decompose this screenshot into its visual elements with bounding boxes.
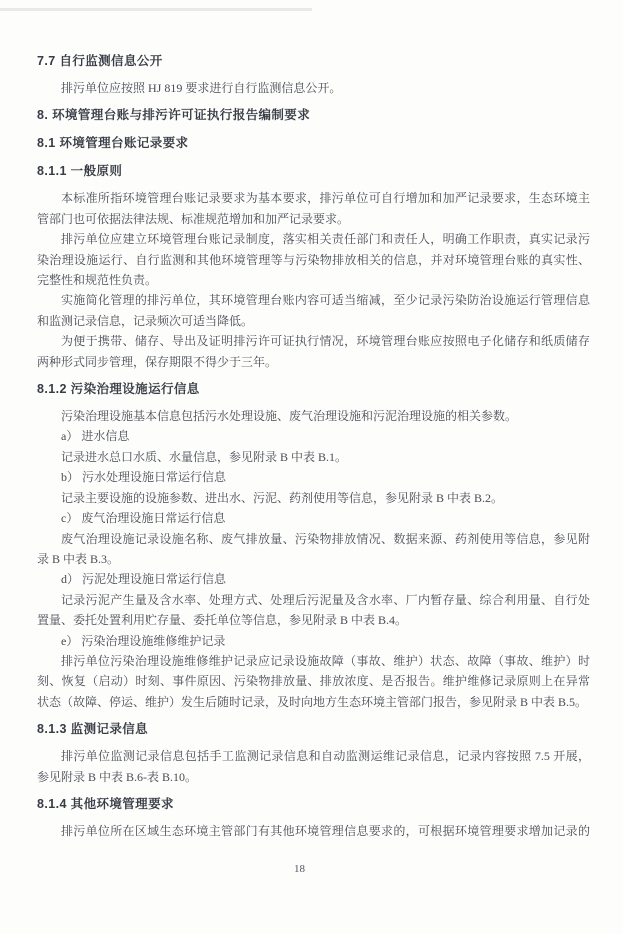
text-line: 排污单位监测记录信息包括手工监测记录信息和自动监测运维记录信息，记录内容按照 7…	[37, 746, 590, 766]
heading-8-1-1: 8.1.1 一般原则	[37, 161, 590, 182]
text-line: 排污单位应建立环境管理台账记录制度，落实相关责任部门和责任人，明确工作职责，真实…	[37, 229, 590, 249]
page-number: 18	[37, 863, 590, 875]
text-line: 和监测记录信息，记录频次可适当降低。	[37, 311, 590, 331]
text-line: 录 B 中表 B.3。	[37, 549, 590, 569]
text-line: 状态（故障、停运、维护）发生后随时记录，及时向地方生态环境主管部门报告，参见附录…	[37, 692, 590, 712]
text-line: 实施简化管理的排污单位，其环境管理台账内容可适当缩减，至少记录污染防治设施运行管…	[37, 290, 590, 310]
heading-8-1-3: 8.1.3 监测记录信息	[37, 719, 590, 740]
heading-8-1-4: 8.1.4 其他环境管理要求	[37, 794, 590, 815]
text-line: 染治理设施运行、自行监测和其他环境管理等与污染物排放相关的信息，并对环境管理台账…	[37, 250, 590, 270]
heading-8-1: 8.1 环境管理台账记录要求	[37, 133, 590, 154]
text-line: 记录主要设施的设施参数、进出水、污泥、药剂使用等信息，参见附录 B 中表 B.2…	[37, 488, 590, 508]
list-item-e: e） 污染治理设施维修维护记录	[37, 631, 590, 651]
text-line: 记录进水总口水质、水量信息，参见附录 B 中表 B.1。	[37, 447, 590, 467]
text-line: 参见附录 B 中表 B.6-表 B.10。	[37, 767, 590, 787]
text-line: 废气治理设施记录设施名称、废气排放量、污染物排放情况、数据来源、药剂使用等信息，…	[37, 529, 590, 549]
text-line: 完整性和规范性负责。	[37, 270, 590, 290]
scan-artifact-line	[0, 8, 312, 11]
list-item-b: b） 污水处理设施日常运行信息	[37, 467, 590, 487]
heading-7-7: 7.7 自行监测信息公开	[37, 51, 590, 72]
heading-8-1-2: 8.1.2 污染治理设施运行信息	[37, 379, 590, 400]
text-line: 污染治理设施基本信息包括污水处理设施、废气治理设施和污泥治理设施的相关参数。	[37, 406, 590, 426]
list-item-a: a） 进水信息	[37, 426, 590, 446]
text-line: 本标准所指环境管理台账记录要求为基本要求，排污单位可自行增加和加严记录要求，生态…	[37, 188, 590, 208]
text-line: 两种形式同步管理，保存期限不得少于三年。	[37, 352, 590, 372]
text-line: 排污单位应按照 HJ 819 要求进行自行监测信息公开。	[37, 78, 590, 98]
text-line: 排污单位污染治理设施维修维护记录应记录设施故障（事故、维护）状态、故障（事故、维…	[37, 651, 590, 671]
text-line: 记录污泥产生量及含水率、处理方式、处理后污泥量及含水率、厂内暂存量、综合利用量、…	[37, 590, 590, 610]
list-item-c: c） 废气治理设施日常运行信息	[37, 508, 590, 528]
text-line: 为便于携带、储存、导出及证明排污许可证执行情况，环境管理台账应按照电子化储存和纸…	[37, 331, 590, 351]
heading-8: 8. 环境管理台账与排污许可证执行报告编制要求	[37, 105, 590, 126]
document-page: 7.7 自行监测信息公开 排污单位应按照 HJ 819 要求进行自行监测信息公开…	[0, 0, 623, 934]
text-line: 刻、恢复（启动）时刻、事件原因、污染物排放量、排放浓度、是否报告。维护维修记录原…	[37, 671, 590, 691]
text-line: 排污单位所在区域生态环境主管部门有其他环境管理信息要求的，可根据环境管理要求增加…	[37, 821, 590, 841]
text-line: 置量、委托处置利用贮存量、委托单位等信息，参见附录 B 中表 B.4。	[37, 610, 590, 630]
list-item-d: d） 污泥处理设施日常运行信息	[37, 569, 590, 589]
text-line: 管部门也可依据法律法规、标准规范增加和加严记录要求。	[37, 209, 590, 229]
